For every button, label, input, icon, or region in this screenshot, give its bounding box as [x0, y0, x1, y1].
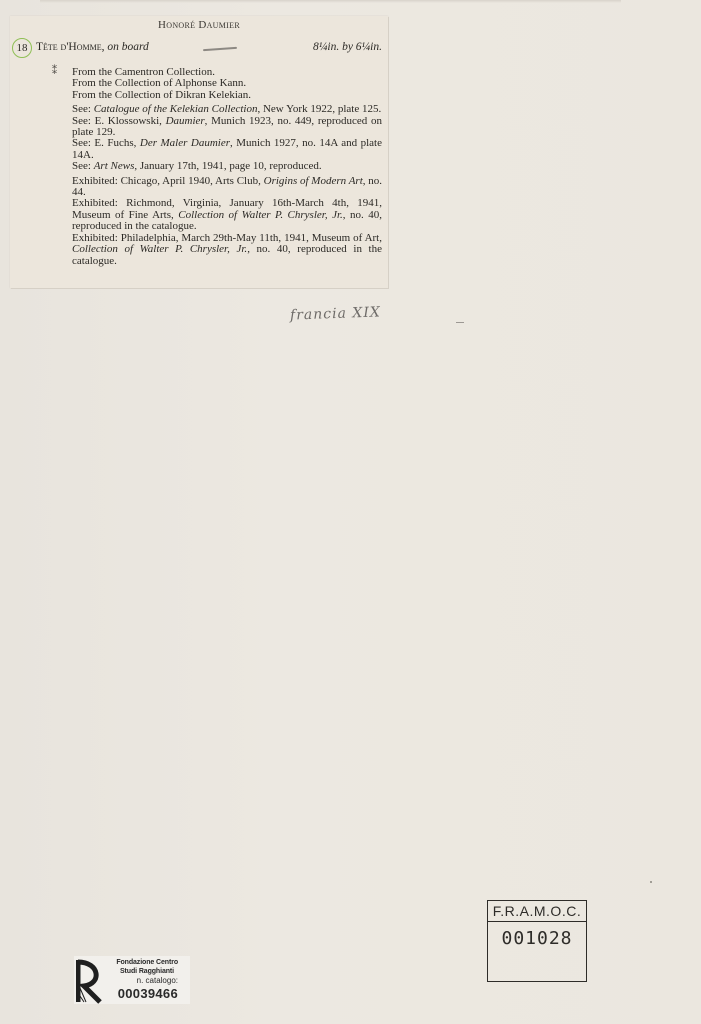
ragghianti-r-logo-icon — [76, 958, 102, 1004]
page-top-edge — [40, 0, 621, 3]
framoc-stamp-number: 001028 — [488, 930, 586, 948]
artwork-title: Tête d'Homme — [36, 41, 102, 53]
paper-speck — [650, 881, 652, 883]
exhibition-list: Exhibited: Chicago, April 1940, Arts Clu… — [72, 176, 382, 267]
pencil-dash-mark — [203, 47, 237, 51]
ragghianti-label-text: Fondazione Centro Studi Ragghianti n. ca… — [116, 958, 178, 1001]
framoc-stamp: F.R.A.M.O.C. 001028 — [487, 900, 587, 982]
artwork-dimensions: 8¼in. by 6¼in. — [313, 41, 382, 53]
asterism-icon: ⁑ — [52, 68, 56, 76]
catalog-number-label: n. catalogo: — [116, 976, 178, 986]
ragghianti-catalog-label: Fondazione Centro Studi Ragghianti n. ca… — [74, 956, 190, 1004]
exhibition-item: Exhibited: Philadelphia, March 29th-May … — [72, 233, 382, 267]
entry-number-circled: 18 — [12, 38, 32, 58]
ragghianti-org-line1: Fondazione Centro — [116, 958, 178, 967]
exhibition-item: Exhibited: Richmond, Virginia, January 1… — [72, 198, 382, 232]
pencil-tick-mark — [456, 322, 464, 323]
exhibition-item: Exhibited: Chicago, April 1940, Arts Clu… — [72, 176, 382, 199]
entry-body: From the Camentron Collection. From the … — [72, 67, 382, 270]
literature-item: See: E. Klossowski, Daumier, Munich 1923… — [72, 116, 382, 139]
literature-item: See: E. Fuchs, Der Maler Daumier, Munich… — [72, 138, 382, 161]
provenance-item: From the Collection of Dikran Kelekian. — [72, 90, 382, 101]
literature-list: See: Catalogue of the Kelekian Collectio… — [72, 104, 382, 172]
catalog-number: 00039466 — [116, 986, 178, 1001]
literature-item: See: Art News, January 17th, 1941, page … — [72, 161, 382, 172]
ragghianti-org-line2: Studi Ragghianti — [116, 967, 174, 976]
framoc-stamp-header: F.R.A.M.O.C. — [488, 901, 586, 922]
artist-heading: Honoré Daumier — [10, 19, 388, 31]
entry-title-line: Tête d'Homme, on board — [36, 41, 149, 53]
catalogue-clipping: Honoré Daumier 18 Tête d'Homme, on board… — [10, 16, 388, 288]
handwritten-note: francia XIX — [290, 304, 381, 323]
artwork-medium: on board — [107, 41, 148, 53]
provenance-list: From the Camentron Collection. From the … — [72, 67, 382, 101]
